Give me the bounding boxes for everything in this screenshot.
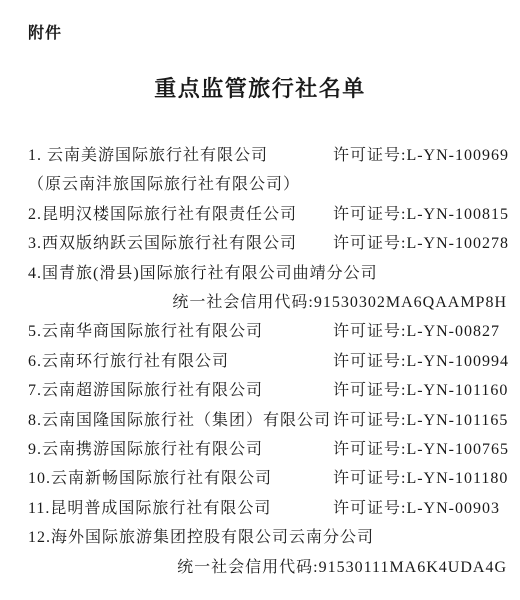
- item-number: 3.: [28, 235, 42, 252]
- agency-name-text: 云南华商国际旅行社有限公司: [42, 323, 263, 340]
- agency-name: 8.云南国隆国际旅行社（集团）有限公司: [28, 406, 333, 435]
- agency-name-text: 西双版纳跃云国际旅行社有限公司: [42, 235, 297, 252]
- license-number: L-YN-101160: [406, 382, 508, 399]
- license-label: 许可证号:: [333, 353, 406, 370]
- page-title: 重点监管旅行社名单: [0, 74, 520, 104]
- agency-name-text: 云南国隆国际旅行社（集团）有限公司: [42, 412, 331, 429]
- agency-name-text: 昆明汉楼国际旅行社有限责任公司: [42, 206, 297, 223]
- item-number: 4.: [28, 265, 42, 282]
- agency-name-text: 云南超游国际旅行社有限公司: [42, 382, 263, 399]
- license-number: L-YN-101180: [406, 470, 508, 487]
- credit-code-value: 91530111MA6K4UDA4G: [319, 559, 507, 576]
- license-label: 许可证号:: [333, 206, 406, 223]
- item-number: 9.: [28, 441, 42, 458]
- credit-code-line: 统一社会信用代码:91530111MA6K4UDA4G: [28, 553, 507, 582]
- license-field: 许可证号:L-YN-00827: [333, 317, 500, 346]
- license-label: 许可证号:: [333, 441, 406, 458]
- agency-name: 9.云南携游国际旅行社有限公司: [28, 435, 333, 464]
- agency-row: 1. 云南美游国际旅行社有限公司许可证号:L-YN-100969: [28, 141, 507, 170]
- credit-code-label: 统一社会信用代码:: [177, 559, 318, 576]
- license-field: 许可证号:L-YN-101160: [333, 376, 508, 405]
- license-field: 许可证号:L-YN-101180: [333, 464, 508, 493]
- license-field: 许可证号:L-YN-100815: [333, 200, 509, 229]
- credit-code-label: 统一社会信用代码:: [172, 294, 313, 311]
- license-label: 许可证号:: [333, 470, 406, 487]
- item-number: 10.: [28, 470, 51, 487]
- item-number: 1.: [28, 147, 47, 164]
- agency-list: 1. 云南美游国际旅行社有限公司许可证号:L-YN-100969（原云南沣旅国际…: [28, 141, 507, 582]
- former-name-text: （原云南沣旅国际旅行社有限公司）: [28, 176, 300, 193]
- agency-name-text: 海外国际旅游集团控股有限公司云南分公司: [51, 529, 374, 546]
- agency-row: 10.云南新畅国际旅行社有限公司许可证号:L-YN-101180: [28, 464, 507, 493]
- agency-name: 4.国青旅(滑县)国际旅行社有限公司曲靖分公司: [28, 259, 378, 288]
- agency-name-text: 国青旅(滑县)国际旅行社有限公司曲靖分公司: [42, 265, 378, 282]
- license-label: 许可证号:: [333, 500, 406, 517]
- license-label: 许可证号:: [333, 147, 406, 164]
- license-number: L-YN-101165: [406, 412, 508, 429]
- agency-row: 7.云南超游国际旅行社有限公司许可证号:L-YN-101160: [28, 376, 507, 405]
- agency-name-text: 云南新畅国际旅行社有限公司: [51, 470, 272, 487]
- license-number: L-YN-00827: [406, 323, 500, 340]
- license-number: L-YN-100994: [406, 353, 509, 370]
- agency-row: 8.云南国隆国际旅行社（集团）有限公司许可证号:L-YN-101165: [28, 406, 507, 435]
- item-number: 5.: [28, 323, 42, 340]
- item-number: 8.: [28, 412, 42, 429]
- agency-name: 7.云南超游国际旅行社有限公司: [28, 376, 333, 405]
- agency-name: 11.昆明普成国际旅行社有限公司: [28, 494, 333, 523]
- license-label: 许可证号:: [333, 382, 406, 399]
- agency-row: 6.云南环行旅行社有限公司许可证号:L-YN-100994: [28, 347, 507, 376]
- agency-name: 5.云南华商国际旅行社有限公司: [28, 317, 333, 346]
- license-number: L-YN-100765: [406, 441, 509, 458]
- license-field: 许可证号:L-YN-00903: [333, 494, 500, 523]
- item-number: 6.: [28, 353, 42, 370]
- document-page: 附件 重点监管旅行社名单 1. 云南美游国际旅行社有限公司许可证号:L-YN-1…: [0, 0, 520, 600]
- agency-name: 10.云南新畅国际旅行社有限公司: [28, 464, 333, 493]
- agency-name-text: 昆明普成国际旅行社有限公司: [50, 500, 271, 517]
- item-number: 7.: [28, 382, 42, 399]
- license-number: L-YN-100278: [406, 235, 509, 252]
- license-field: 许可证号:L-YN-100278: [333, 229, 509, 258]
- agency-row: 12.海外国际旅游集团控股有限公司云南分公司: [28, 523, 507, 552]
- license-label: 许可证号:: [333, 412, 406, 429]
- credit-code-line: 统一社会信用代码:91530302MA6QAAMP8H: [28, 288, 507, 317]
- credit-code-value: 91530302MA6QAAMP8H: [314, 294, 507, 311]
- license-field: 许可证号:L-YN-101165: [333, 406, 508, 435]
- license-number: L-YN-100969: [406, 147, 509, 164]
- license-number: L-YN-00903: [406, 500, 500, 517]
- item-number: 12.: [28, 529, 51, 546]
- license-field: 许可证号:L-YN-100994: [333, 347, 509, 376]
- former-name-line: （原云南沣旅国际旅行社有限公司）: [28, 170, 507, 199]
- license-field: 许可证号:L-YN-100765: [333, 435, 509, 464]
- agency-name: 12.海外国际旅游集团控股有限公司云南分公司: [28, 523, 374, 552]
- license-label: 许可证号:: [333, 235, 406, 252]
- agency-row: 2.昆明汉楼国际旅行社有限责任公司许可证号:L-YN-100815: [28, 200, 507, 229]
- license-label: 许可证号:: [333, 323, 406, 340]
- agency-name: 2.昆明汉楼国际旅行社有限责任公司: [28, 200, 333, 229]
- license-field: 许可证号:L-YN-100969: [333, 141, 509, 170]
- attachment-label: 附件: [28, 22, 507, 46]
- agency-name: 1. 云南美游国际旅行社有限公司: [28, 141, 333, 170]
- item-number: 2.: [28, 206, 42, 223]
- agency-row: 5.云南华商国际旅行社有限公司许可证号:L-YN-00827: [28, 317, 507, 346]
- agency-name-text: 云南环行旅行社有限公司: [42, 353, 229, 370]
- agency-name: 6.云南环行旅行社有限公司: [28, 347, 333, 376]
- agency-row: 4.国青旅(滑县)国际旅行社有限公司曲靖分公司: [28, 259, 507, 288]
- agency-row: 9.云南携游国际旅行社有限公司许可证号:L-YN-100765: [28, 435, 507, 464]
- agency-name: 3.西双版纳跃云国际旅行社有限公司: [28, 229, 333, 258]
- agency-row: 11.昆明普成国际旅行社有限公司许可证号:L-YN-00903: [28, 494, 507, 523]
- agency-name-text: 云南携游国际旅行社有限公司: [42, 441, 263, 458]
- item-number: 11.: [28, 500, 50, 517]
- license-number: L-YN-100815: [406, 206, 509, 223]
- agency-row: 3.西双版纳跃云国际旅行社有限公司许可证号:L-YN-100278: [28, 229, 507, 258]
- agency-name-text: 云南美游国际旅行社有限公司: [47, 147, 268, 164]
